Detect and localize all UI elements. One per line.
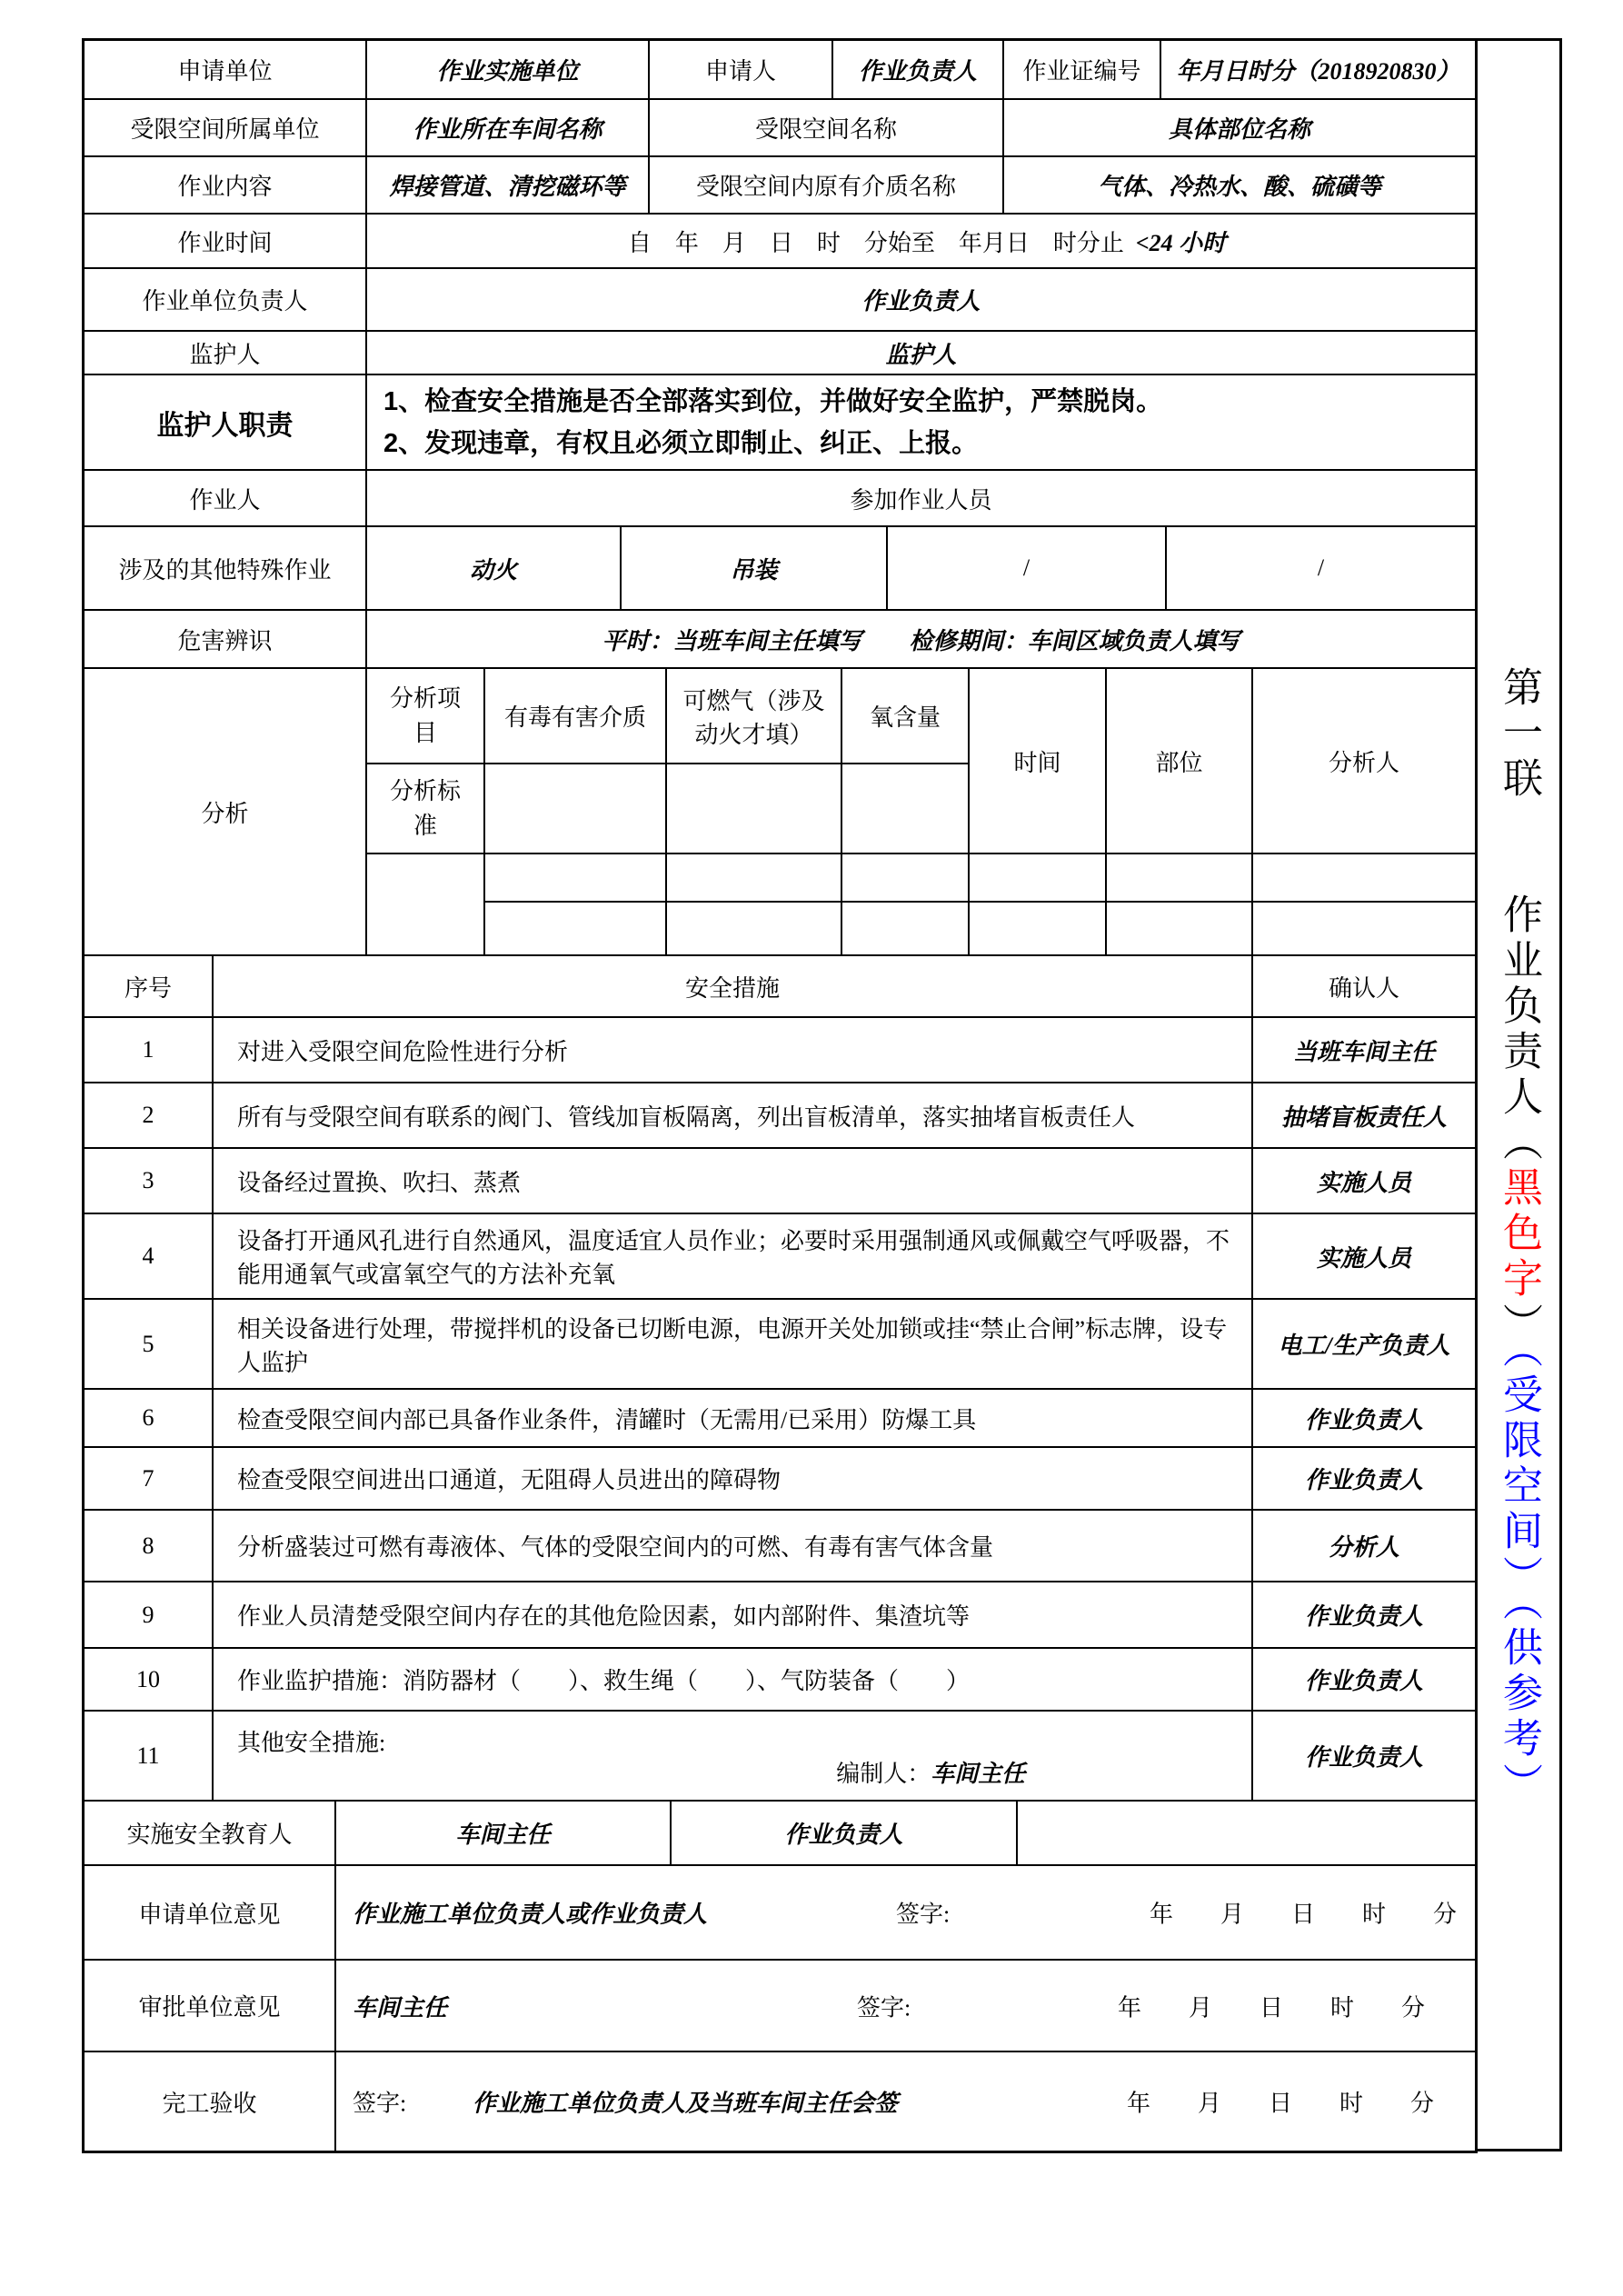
safety-row: 5 相关设备进行处理，带搅拌机的设备已切断电源，电源开关处加锁或挂“禁止合闸”标… xyxy=(85,1300,1475,1390)
row-completion: 完工验收 签字: 作业施工单位负责人及当班车间主任会签 年 月 日 时 分 xyxy=(85,2052,1475,2151)
safety-confirm-header: 确认人 xyxy=(1253,956,1475,1016)
permit-no-label: 作业证编号 xyxy=(1004,41,1161,98)
row-unit-leader: 作业单位负责人 作业负责人 xyxy=(85,269,1475,332)
analysis-data-cell xyxy=(970,854,1107,903)
safety-education-value1: 车间主任 xyxy=(336,1802,672,1864)
unit-leader-value: 作业负责人 xyxy=(367,269,1475,330)
row-guardian: 监护人 监护人 xyxy=(85,332,1475,375)
work-time-label: 作业时间 xyxy=(85,215,367,267)
special-works-label: 涉及的其他特殊作业 xyxy=(85,527,367,609)
guardian-value: 监护人 xyxy=(367,332,1475,374)
row-hazard-id: 危害辨识 平时：当班车间主任填写 检修期间：车间区域负责人填写 xyxy=(85,611,1475,669)
analysis-data-cell xyxy=(842,903,970,954)
row-special-works: 涉及的其他特殊作业 动火 吊装 / / xyxy=(85,527,1475,611)
row-space-owner: 受限空间所属单位 作业所在车间名称 受限空间名称 具体部位名称 xyxy=(85,100,1475,157)
safety-education-label: 实施安全教育人 xyxy=(85,1802,336,1864)
strip-black-text-note: 黑色字 xyxy=(1497,1166,1541,1303)
safety-row-text: 相关设备进行处理，带搅拌机的设备已切断电源，电源开关处加锁或挂“禁止合闸”标志牌… xyxy=(214,1300,1253,1388)
row-work-content: 作业内容 焊接管道、清挖磁环等 受限空间内原有介质名称 气体、冷热水、酸、硫磺等 xyxy=(85,157,1475,215)
safety-row-num: 1 xyxy=(85,1018,214,1082)
safety-row: 1 对进入受限空间危险性进行分析 当班车间主任 xyxy=(85,1018,1475,1083)
approve-opinion-value: 车间主任 xyxy=(353,1989,447,2022)
work-content-label: 作业内容 xyxy=(85,157,367,213)
analysis-item-label: 分析项目 xyxy=(367,669,485,764)
original-medium-label: 受限空间内原有介质名称 xyxy=(650,157,1004,213)
analysis-data-cell xyxy=(842,854,970,903)
apply-unit-value: 作业实施单位 xyxy=(367,41,650,98)
analysis-toxic-header: 有毒有害介质 xyxy=(485,669,667,764)
safety-row-text: 检查受限空间进出口通道，无阻碍人员进出的障碍物 xyxy=(214,1448,1253,1509)
editor-value: 车间主任 xyxy=(931,1761,1025,1787)
safety-row-num: 7 xyxy=(85,1448,214,1509)
safety-row: 9 作业人员清楚受限空间内存在的其他危险因素，如内部附件、集渣坑等 作业负责人 xyxy=(85,1582,1475,1649)
safety-row-text: 检查受限空间内部已具备作业条件，清罐时（无需用/已采用）防爆工具 xyxy=(214,1390,1253,1446)
safety-row-confirm: 作业负责人 xyxy=(1253,1649,1475,1710)
strip-space-type: （受限空间） xyxy=(1497,1348,1541,1601)
strip-copy-number: 第一联 xyxy=(1497,666,1541,803)
approve-opinion-sign-label: 签字: xyxy=(857,1989,911,2022)
analysis-data-cell xyxy=(485,903,667,954)
safety-row: 7 检查受限空间进出口通道，无阻碍人员进出的障碍物 作业负责人 xyxy=(85,1448,1475,1511)
row-guardian-duty: 监护人职责 1、检查安全措施是否全部落实到位，并做好安全监护，严禁脱岗。 2、发… xyxy=(85,375,1475,471)
analysis-time-header: 时间 xyxy=(970,669,1107,854)
safety-row-confirm: 作业负责人 xyxy=(1253,1712,1475,1800)
safety-row-num: 10 xyxy=(85,1649,214,1710)
completion-content: 签字: 作业施工单位负责人及当班车间主任会签 年 月 日 时 分 xyxy=(336,2052,1475,2151)
space-name-value: 具体部位名称 xyxy=(1004,100,1475,155)
completion-date: 年 月 日 时 分 xyxy=(1127,2085,1434,2119)
hazard-id-value: 平时：当班车间主任填写 检修期间：车间区域负责人填写 xyxy=(367,611,1475,667)
guardian-duty-line1: 1、检查安全措施是否全部落实到位，并做好安全监护，严禁脱岗。 xyxy=(383,381,1162,423)
row-safety-education: 实施安全教育人 车间主任 作业负责人 xyxy=(85,1802,1475,1866)
analysis-table: 分析 分析项目 有毒有害介质 可燃气（涉及动火才填） 氧含量 时间 部位 分析人… xyxy=(85,669,1475,956)
safety-row-other: 11 其他安全措施: 编制人：车间主任 作业负责人 xyxy=(85,1712,1475,1802)
other-measures-label: 其他安全措施: xyxy=(237,1724,385,1758)
copy-strip: 第一联 作业负责人（黑色字）（受限空间）（供参考） xyxy=(1475,38,1562,2151)
safety-row-text: 设备经过置换、吹扫、蒸煮 xyxy=(214,1149,1253,1213)
approve-opinion-date: 年 月 日 时 分 xyxy=(1118,1989,1425,2022)
workers-label: 作业人 xyxy=(85,471,367,525)
safety-row-num: 4 xyxy=(85,1214,214,1298)
safety-row-confirm: 分析人 xyxy=(1253,1511,1475,1581)
safety-row: 4 设备打开通风孔进行自然通风，温度适宜人员作业；必要时采用强制通风或佩戴空气呼… xyxy=(85,1214,1475,1300)
applicant-value: 作业负责人 xyxy=(833,41,1004,98)
strip-holder: 作业负责人 xyxy=(1497,893,1541,1121)
analysis-data-cell xyxy=(1107,854,1253,903)
safety-row-text: 作业监护措施：消防器材（ ）、救生绳（ ）、气防装备（ ） xyxy=(214,1649,1253,1710)
safety-no-header: 序号 xyxy=(85,956,214,1016)
safety-row-num: 5 xyxy=(85,1300,214,1388)
analysis-label: 分析 xyxy=(85,669,367,954)
strip-reference-note: （供参考） xyxy=(1497,1601,1541,1808)
completion-sign-label: 签字: xyxy=(353,2085,406,2119)
analysis-standard-flammable-cell xyxy=(667,764,842,854)
row-apply-opinion: 申请单位意见 作业施工单位负责人或作业负责人 签字: 年 月 日 时 分 xyxy=(85,1866,1475,1961)
guardian-duty-text: 1、检查安全措施是否全部落实到位，并做好安全监护，严禁脱岗。 2、发现违章，有权… xyxy=(367,375,1475,469)
apply-opinion-sign-label: 签字: xyxy=(896,1896,950,1930)
completion-value: 作业施工单位负责人及当班车间主任会签 xyxy=(473,2085,898,2119)
work-content-value: 焊接管道、清挖磁环等 xyxy=(367,157,650,213)
analysis-data-cell xyxy=(1107,903,1253,954)
space-name-label: 受限空间名称 xyxy=(650,100,1004,155)
analysis-location-header: 部位 xyxy=(1107,669,1253,854)
safety-row-text: 对进入受限空间危险性进行分析 xyxy=(214,1018,1253,1082)
row-workers: 作业人 参加作业人员 xyxy=(85,471,1475,527)
analysis-extra-label-cell xyxy=(367,854,485,954)
apply-unit-label: 申请单位 xyxy=(85,41,367,98)
apply-opinion-content: 作业施工单位负责人或作业负责人 签字: 年 月 日 时 分 xyxy=(336,1866,1475,1959)
analysis-data-cell xyxy=(1253,854,1475,903)
unit-leader-label: 作业单位负责人 xyxy=(85,269,367,330)
confined-space-permit-form: 申请单位 作业实施单位 申请人 作业负责人 作业证编号 年月日时分（201892… xyxy=(82,38,1478,2153)
special-work-slot3: / xyxy=(888,527,1167,609)
approve-opinion-label: 审批单位意见 xyxy=(85,1961,336,2051)
analysis-standard-toxic-cell xyxy=(485,764,667,854)
row-approve-opinion: 审批单位意见 车间主任 签字: 年 月 日 时 分 xyxy=(85,1961,1475,2052)
hazard-id-label: 危害辨识 xyxy=(85,611,367,667)
apply-opinion-value: 作业施工单位负责人或作业负责人 xyxy=(353,1896,707,1930)
safety-row-num: 9 xyxy=(85,1582,214,1647)
analysis-standard-oxygen-cell xyxy=(842,764,970,854)
safety-row-text: 所有与受限空间有联系的阀门、管线加盲板隔离，列出盲板清单，落实抽堵盲板责任人 xyxy=(214,1083,1253,1147)
analysis-data-cell xyxy=(667,854,842,903)
safety-row-num: 8 xyxy=(85,1511,214,1581)
approve-opinion-content: 车间主任 签字: 年 月 日 时 分 xyxy=(336,1961,1475,2051)
guardian-duty-label: 监护人职责 xyxy=(85,375,367,469)
safety-row-confirm: 抽堵盲板责任人 xyxy=(1253,1083,1475,1147)
safety-row-confirm: 当班车间主任 xyxy=(1253,1018,1475,1082)
guardian-duty-line2: 2、发现违章，有权且必须立即制止、纠正、上报。 xyxy=(383,423,978,464)
safety-row-num: 3 xyxy=(85,1149,214,1213)
workers-value: 参加作业人员 xyxy=(367,471,1475,525)
special-work-lifting: 吊装 xyxy=(622,527,888,609)
strip-gap xyxy=(1497,803,1541,893)
row-apply-unit: 申请单位 作业实施单位 申请人 作业负责人 作业证编号 年月日时分（201892… xyxy=(85,41,1475,100)
analysis-analyst-header: 分析人 xyxy=(1253,669,1475,854)
safety-row-confirm: 作业负责人 xyxy=(1253,1390,1475,1446)
space-owner-value: 作业所在车间名称 xyxy=(367,100,650,155)
analysis-data-cell xyxy=(667,903,842,954)
editor-label: 编制人： xyxy=(836,1761,931,1787)
safety-row-num: 2 xyxy=(85,1083,214,1147)
safety-header-row: 序号 安全措施 确认人 xyxy=(85,956,1475,1018)
analysis-data-cell xyxy=(485,854,667,903)
work-time-limit: <24 小时 xyxy=(1136,225,1226,258)
permit-no-value: 年月日时分（2018920830） xyxy=(1161,41,1475,98)
safety-row: 6 检查受限空间内部已具备作业条件，清罐时（无需用/已采用）防爆工具 作业负责人 xyxy=(85,1390,1475,1448)
original-medium-value: 气体、冷热水、酸、硫磺等 xyxy=(1004,157,1475,213)
safety-row-confirm: 作业负责人 xyxy=(1253,1448,1475,1509)
safety-row-confirm: 实施人员 xyxy=(1253,1149,1475,1213)
applicant-label: 申请人 xyxy=(650,41,833,98)
editor-line: 编制人：车间主任 xyxy=(836,1755,1025,1789)
safety-row-text: 分析盛装过可燃有毒液体、气体的受限空间内的可燃、有毒有害气体含量 xyxy=(214,1511,1253,1581)
safety-row-confirm: 电工/生产负责人 xyxy=(1253,1300,1475,1388)
guardian-label: 监护人 xyxy=(85,332,367,374)
special-work-hotwork: 动火 xyxy=(367,527,622,609)
safety-row-num: 11 xyxy=(85,1712,214,1800)
safety-row-text: 作业人员清楚受限空间内存在的其他危险因素，如内部附件、集渣坑等 xyxy=(214,1582,1253,1647)
safety-row-text: 设备打开通风孔进行自然通风，温度适宜人员作业；必要时采用强制通风或佩戴空气呼吸器… xyxy=(214,1214,1253,1298)
analysis-standard-label: 分析标准 xyxy=(367,764,485,854)
safety-education-value2: 作业负责人 xyxy=(672,1802,1018,1864)
apply-opinion-date: 年 月 日 时 分 xyxy=(1150,1896,1457,1930)
space-owner-label: 受限空间所属单位 xyxy=(85,100,367,155)
apply-opinion-label: 申请单位意见 xyxy=(85,1866,336,1959)
safety-row: 10 作业监护措施：消防器材（ ）、救生绳（ ）、气防装备（ ） 作业负责人 xyxy=(85,1649,1475,1712)
analysis-data-cell xyxy=(1253,903,1475,954)
completion-label: 完工验收 xyxy=(85,2052,336,2151)
strip-paren-close: ） xyxy=(1497,1303,1541,1348)
analysis-oxygen-header: 氧含量 xyxy=(842,669,970,764)
analysis-flammable-header: 可燃气（涉及动火才填） xyxy=(667,669,842,764)
safety-row: 3 设备经过置换、吹扫、蒸煮 实施人员 xyxy=(85,1149,1475,1214)
work-time-text: 自 年 月 日 时 分始至 年月日 时分止 xyxy=(616,225,1136,258)
safety-row-other-text: 其他安全措施: 编制人：车间主任 xyxy=(214,1712,1253,1800)
strip-paren-open: （ xyxy=(1497,1121,1541,1166)
row-work-time: 作业时间 自 年 月 日 时 分始至 年月日 时分止 <24 小时 xyxy=(85,215,1475,269)
safety-row-num: 6 xyxy=(85,1390,214,1446)
safety-row-confirm: 作业负责人 xyxy=(1253,1582,1475,1647)
special-work-slot4: / xyxy=(1167,527,1475,609)
analysis-data-cell xyxy=(970,903,1107,954)
safety-measure-header: 安全措施 xyxy=(214,956,1253,1016)
copy-strip-text: 第一联 作业负责人（黑色字）（受限空间）（供参考） xyxy=(1478,666,1559,1808)
safety-row: 2 所有与受限空间有联系的阀门、管线加盲板隔离，列出盲板清单，落实抽堵盲板责任人… xyxy=(85,1083,1475,1149)
safety-row-confirm: 实施人员 xyxy=(1253,1214,1475,1298)
safety-row: 8 分析盛装过可燃有毒液体、气体的受限空间内的可燃、有毒有害气体含量 分析人 xyxy=(85,1511,1475,1582)
safety-education-blank xyxy=(1018,1802,1475,1864)
work-time-value: 自 年 月 日 时 分始至 年月日 时分止 <24 小时 xyxy=(367,215,1475,267)
